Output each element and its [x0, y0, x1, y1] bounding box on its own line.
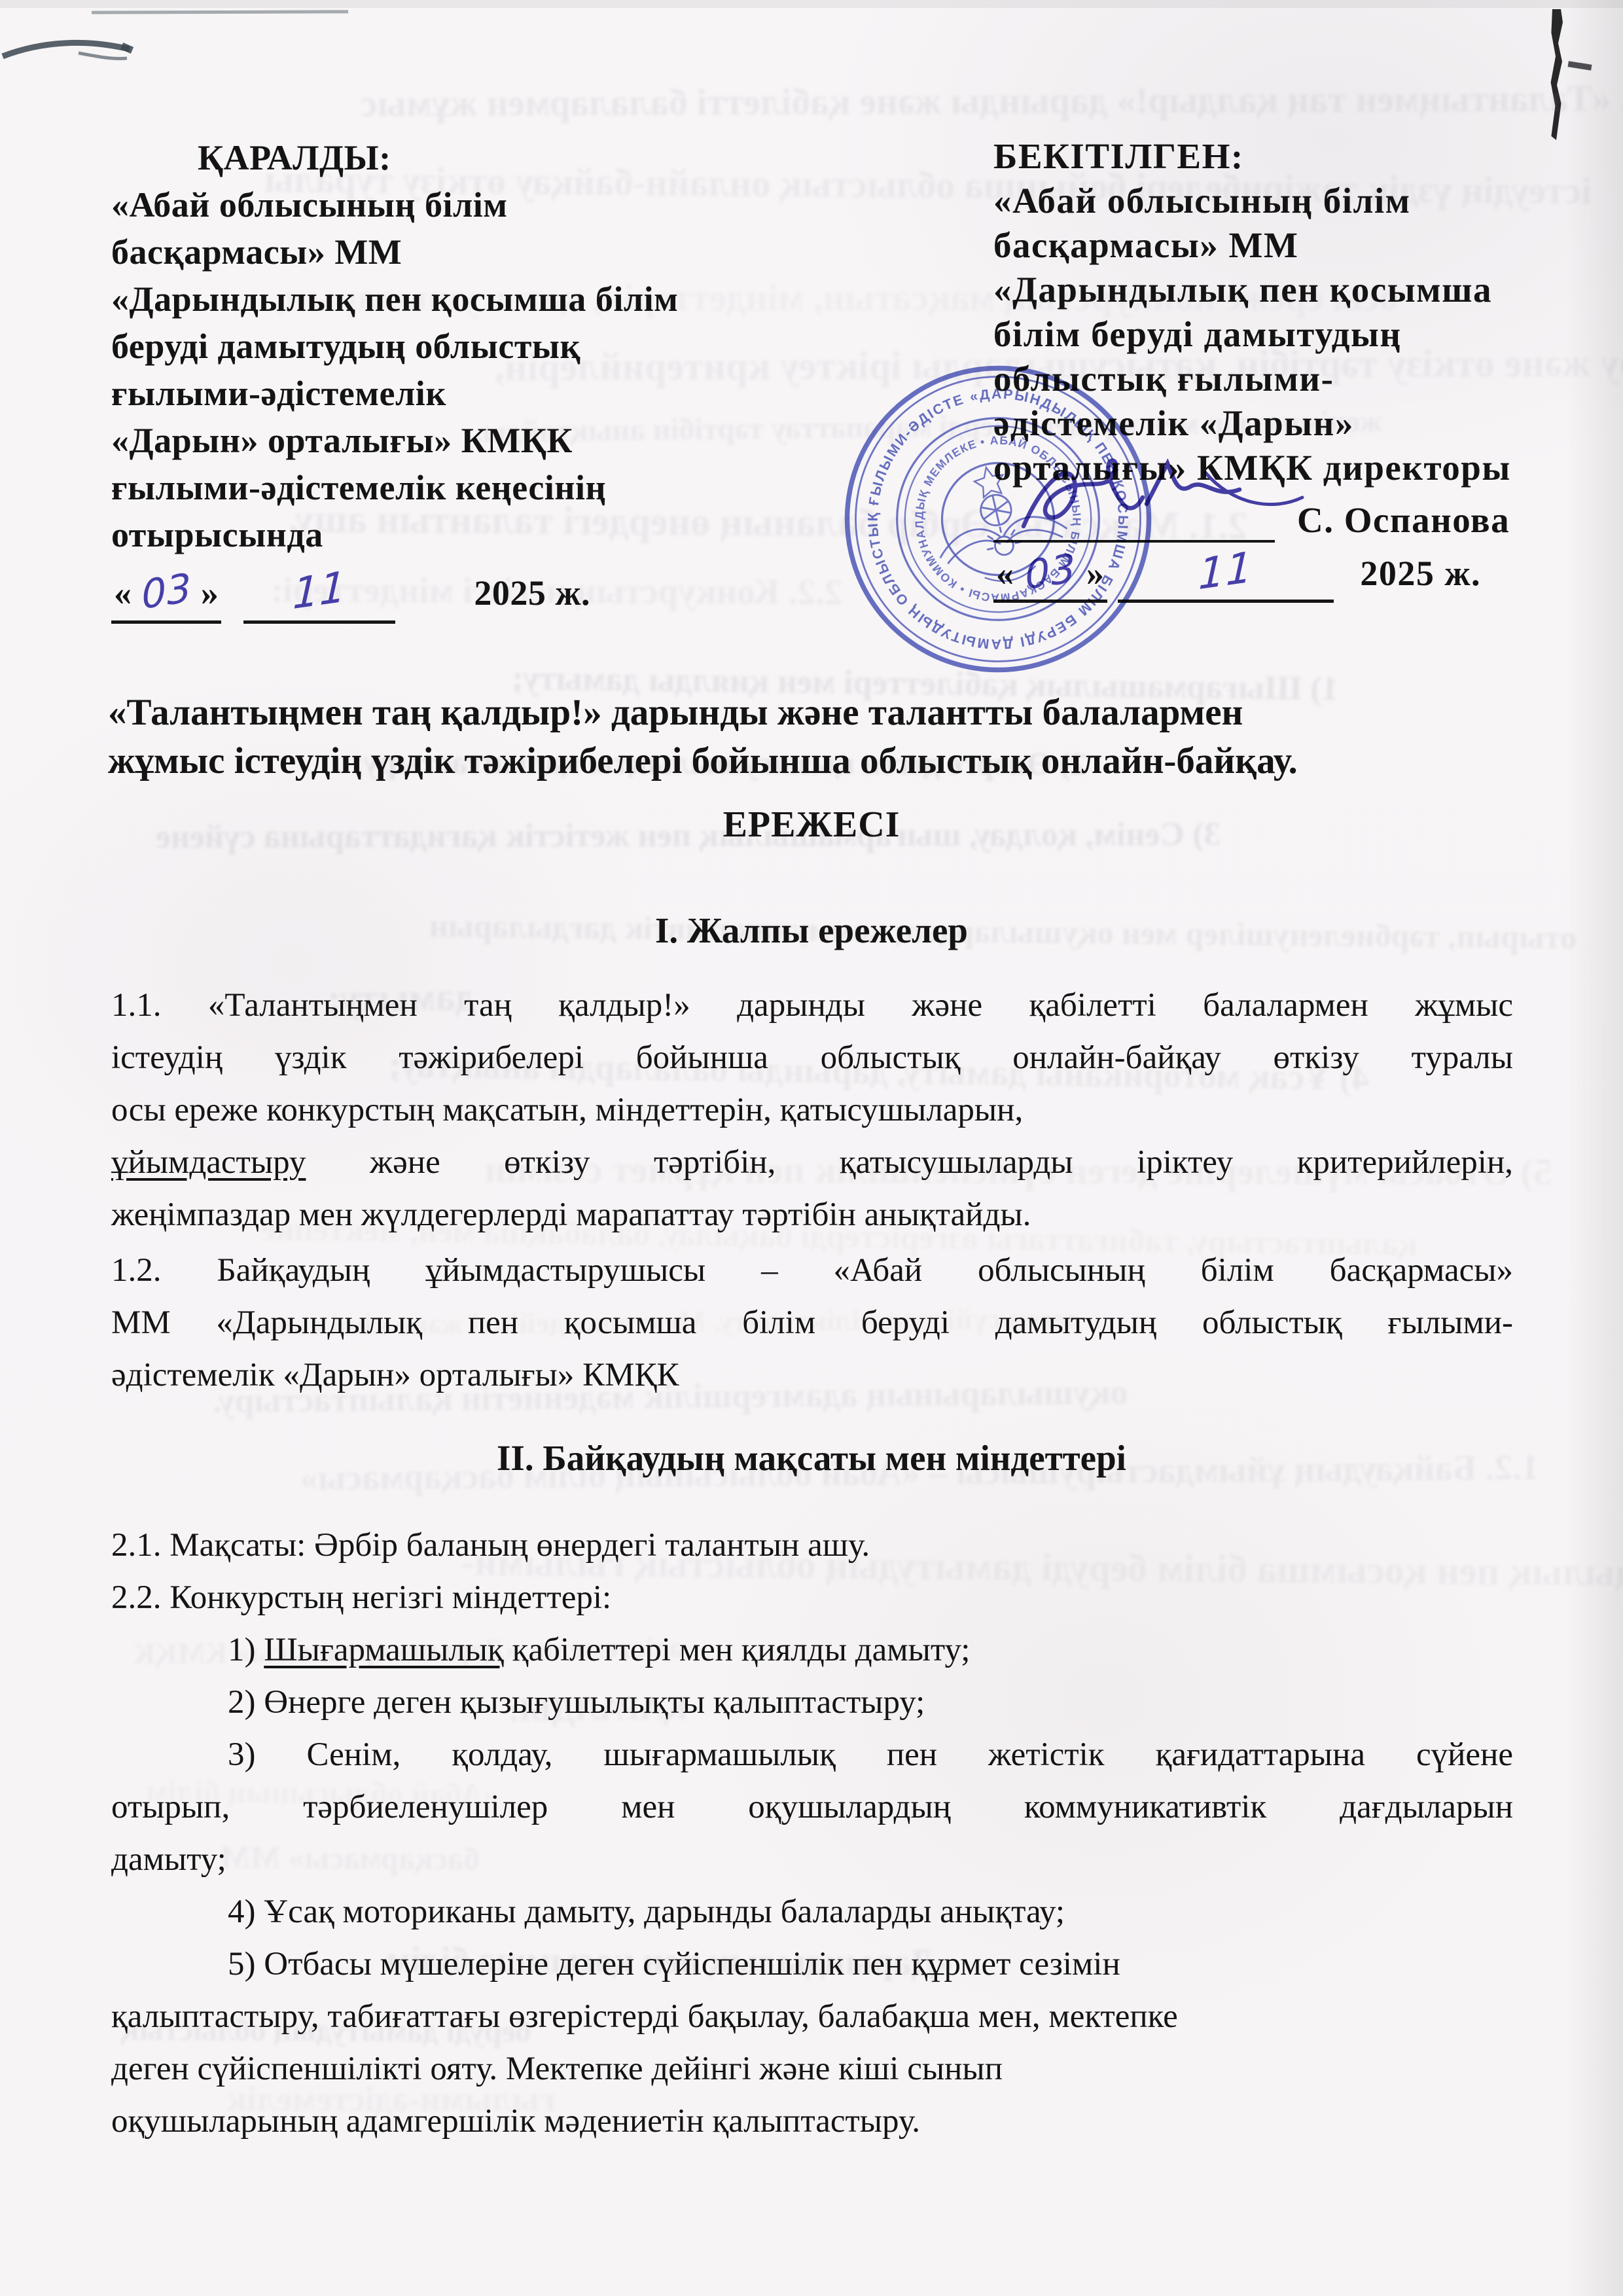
date-year: 2025 ж. [1360, 554, 1481, 593]
text-line: деген сүйіспеншілікті ояту. Мектепке дей… [111, 2043, 1513, 2095]
signature-ink [1009, 444, 1317, 555]
reviewed-block: ҚАРАЛДЫ:«Абай облысының білімбасқармасы»… [111, 134, 766, 624]
text-line: «Дарын» орталығы» КМҚК [111, 417, 766, 464]
text-line: «Дарындылық пен қосымша [993, 268, 1525, 312]
text-line: «Абай облысының білім [993, 179, 1525, 223]
text-line: беруді дамытудың облыстық [111, 323, 766, 370]
date-day-group: « 03 » [111, 568, 221, 624]
document-title: «Талантыңмен таң қалдыр!» дарынды және т… [108, 689, 1515, 785]
text-line: ММ «Дарындылық пен қосымша білім беруді … [111, 1297, 1513, 1349]
scan-artifact-pen-scratch [0, 26, 157, 85]
regulation-heading: ЕРЕЖЕСІ [108, 804, 1515, 846]
scanned-document-page: 1.1. «Талантыңмен таң қалдыр!» дарынды ж… [0, 0, 1623, 2296]
paragraph-1-1: 1.1. «Талантыңмен таң қалдыр!» дарынды ж… [111, 979, 1513, 1241]
quote-open: « [114, 573, 132, 613]
date-year: 2025 ж. [474, 573, 590, 613]
text-line: осы ереже конкурстың мақсатын, міндеттер… [111, 1084, 1513, 1136]
text-line: оқушыларының адамгершілік мәдениетін қал… [111, 2095, 1513, 2147]
scan-artifact-hairline [92, 10, 348, 14]
text-line: БЕКІТІЛГЕН: [993, 134, 1525, 179]
text-line: 5) Отбасы мүшелеріне деген сүйіспеншілік… [111, 1938, 1513, 1990]
text-line: басқармасы» ММ [993, 223, 1525, 268]
text-line: жеңімпаздар мен жүлдегерлерді марапаттау… [111, 1189, 1513, 1241]
text-line: «Дарындылық пен қосымша білім [111, 276, 766, 323]
scan-edge-shadow-right [1565, 0, 1623, 2296]
scan-artifact-black-bar [1550, 9, 1563, 140]
date-month-line: 11 [243, 567, 395, 624]
text-line: әдістемелік «Дарын» орталығы» КМҚК [111, 1349, 1513, 1401]
text-line: жұмыс істеудің үздік тәжірибелері бойынш… [108, 737, 1515, 785]
handwritten-month: 11 [292, 564, 347, 619]
text-line: отырып, тәрбиеленушілер мен оқушылардың … [111, 1781, 1513, 1833]
text-line: 4) Ұсақ моториканы дамыту, дарынды балал… [111, 1886, 1513, 1938]
section-1-heading: І. Жалпы ережелер [108, 910, 1515, 951]
text-line: ғылыми-әдістемелік [111, 370, 766, 417]
handwritten-day: 03 [140, 564, 192, 619]
text-line: ғылыми-әдістемелік кеңесінің [111, 464, 766, 511]
text-line: басқармасы» ММ [111, 228, 766, 276]
text-line: 2.2. Конкурстың негізгі міндеттері: [111, 1571, 1513, 1624]
text-line: 1.2. Байқаудың ұйымдастырушысы – «Абай о… [111, 1244, 1513, 1297]
section-2-body: 2.1. Мақсаты: Әрбір баланың өнердегі тал… [111, 1519, 1513, 2147]
text-line: 1) Шығармашылық қабілеттері мен қиялды д… [111, 1624, 1513, 1676]
text-line: «Талантыңмен таң қалдыр!» дарынды және т… [108, 689, 1515, 737]
section-2-heading: ІІ. Байқаудың мақсаты мен міндеттері [108, 1437, 1515, 1479]
text-line: ҚАРАЛДЫ: [111, 134, 766, 181]
text-line: қалыптастыру, табиғаттағы өзгерістерді б… [111, 1990, 1513, 2043]
text-line: «Абай облысының білім [111, 181, 766, 228]
text-line: 2.1. Мақсаты: Әрбір баланың өнердегі тал… [111, 1519, 1513, 1571]
text-line: 2) Өнерге деген қызығушылықты қалыптасты… [111, 1676, 1513, 1729]
paragraph-1-2: 1.2. Байқаудың ұйымдастырушысы – «Абай о… [111, 1244, 1513, 1401]
text-line: ұйымдастыру және өткізу тәртібін, қатысу… [111, 1136, 1513, 1189]
text-line: отырысында [111, 511, 766, 558]
text-line: 3) Сенім, қолдау, шығармашылық пен жетіс… [111, 1729, 1513, 1781]
quote-close: » [201, 573, 219, 613]
reviewed-date-row: « 03 »112025 ж. [111, 567, 766, 624]
text-line: істеудің үздік тәжірибелері бойынша облы… [111, 1031, 1513, 1084]
ghost-line: 1.1. «Талантыңмен таң қалдыр!» дарынды ж… [361, 77, 1623, 125]
text-line: дамыту; [111, 1833, 1513, 1886]
reviewed-block-lines: ҚАРАЛДЫ:«Абай облысының білімбасқармасы»… [111, 134, 766, 558]
text-line: 1.1. «Талантыңмен таң қалдыр!» дарынды ж… [111, 979, 1513, 1031]
scan-edge-shadow-top [0, 0, 1623, 8]
director-name: С. Оспанова [1297, 498, 1510, 543]
